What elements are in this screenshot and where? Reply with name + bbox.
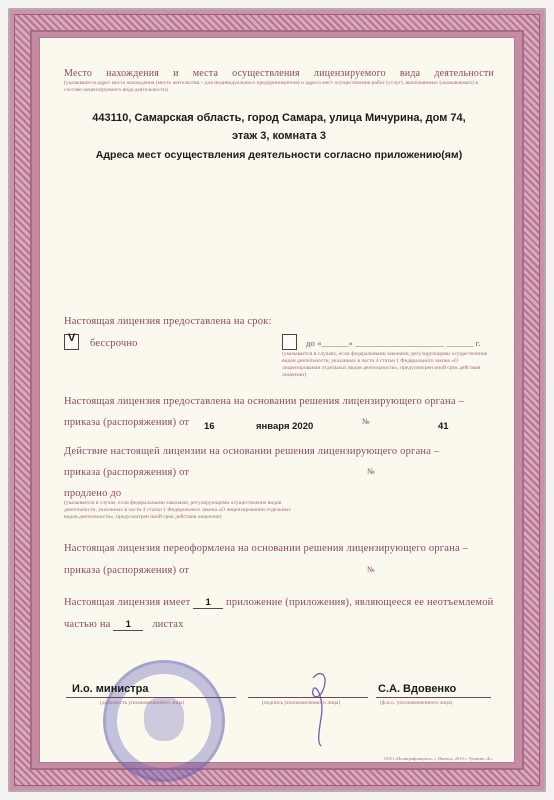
- signature-note: (подпись уполномоченного лица): [262, 700, 340, 707]
- appendix-prefix: Настоящая лицензия имеет: [64, 597, 190, 608]
- appendix-line: Настоящая лицензия имеет 1 приложение (п…: [64, 597, 494, 609]
- location-heading: Место нахождения и места осуществления л…: [64, 68, 494, 79]
- validity-number-sign: №: [367, 467, 375, 476]
- name-line: [376, 697, 491, 698]
- reissue-number-sign: №: [367, 565, 375, 574]
- indefinite-checkbox[interactable]: V: [64, 334, 79, 350]
- term-until-checkbox[interactable]: [282, 334, 297, 350]
- validity-line-2: приказа (распоряжения) от: [64, 467, 189, 478]
- sheets-prefix: частью на: [64, 619, 111, 630]
- basis-month-year: января 2020: [256, 421, 313, 432]
- basis-line-2: приказа (распоряжения) от: [64, 417, 189, 428]
- address-line-1: 443110, Самарская область, город Самара,…: [64, 112, 494, 124]
- basis-line-1: Настоящая лицензия предоставлена на осно…: [64, 396, 498, 407]
- sheets-line: частью на 1 листах: [64, 619, 184, 631]
- sheets-suffix: листах: [152, 619, 183, 630]
- extended-note: (указывается в случае, если федеральными…: [64, 500, 296, 521]
- reissue-line-1: Настоящая лицензия переоформлена на осно…: [64, 543, 498, 554]
- validity-line-1: Действие настоящей лицензии на основании…: [64, 446, 498, 457]
- signer-name: С.А. Вдовенко: [378, 683, 456, 695]
- appendix-suffix: приложение (приложения), являющееся ее н…: [226, 597, 493, 608]
- signer-position-note: (должность уполномоченного лица): [100, 700, 184, 707]
- printer-note: ООО «Полиграфзащита», г. Ижевск, 2019 г.…: [384, 755, 493, 762]
- check-mark-icon: V: [68, 332, 75, 344]
- handwritten-signature: [303, 668, 333, 748]
- term-until-label: до «______» ____________________ ______ …: [306, 338, 481, 348]
- basis-number: 41: [438, 421, 449, 432]
- term-until-note: (указывается в случаях, если федеральным…: [282, 351, 496, 379]
- extended-label: продлено до: [64, 488, 121, 499]
- signature-line: [248, 697, 368, 698]
- official-seal-stamp: [103, 660, 225, 782]
- position-line: [66, 697, 236, 698]
- sheets-count: 1: [113, 619, 143, 631]
- signer-position: И.о. министра: [72, 683, 148, 695]
- appendix-count: 1: [193, 597, 223, 609]
- signer-name-note: (ф.и.о. уполномоченного лица): [380, 700, 452, 707]
- location-note: (указываются адрес места нахождения (мес…: [64, 80, 494, 94]
- address-line-2: этаж 3, комната 3: [64, 130, 494, 142]
- indefinite-label: бессрочно: [90, 338, 138, 349]
- basis-number-sign: №: [362, 417, 370, 426]
- address-line-3: Адреса мест осуществления деятельности с…: [64, 149, 494, 161]
- reissue-line-2: приказа (распоряжения) от: [64, 565, 189, 576]
- term-heading: Настоящая лицензия предоставлена на срок…: [64, 316, 272, 327]
- basis-day: 16: [204, 421, 215, 432]
